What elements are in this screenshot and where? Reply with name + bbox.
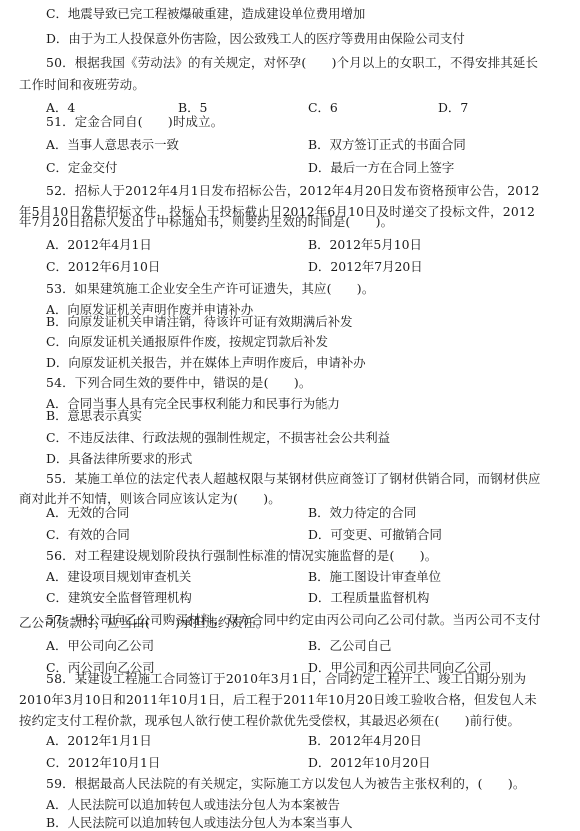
q56-option-a: A．建设项目规划审查机关	[46, 569, 191, 585]
q49-option-c: C．地震导致已完工程被爆破重建，造成建设单位费用增加	[46, 6, 365, 22]
q56-stem: 56．对工程建设规划阶段执行强制性标准的情况实施监督的是( )。	[46, 548, 437, 564]
q58-stem-line-1: 58．某建设工程施工合同签订于2010年3月1日，合同约定工程开工、竣工日期分别…	[46, 671, 526, 687]
exam-page: C．地震导致已完工程被爆破重建，造成建设单位费用增加 D．由于为工人投保意外伤害…	[0, 0, 580, 831]
q54-stem: 54．下列合同生效的要件中，错误的是( )。	[46, 375, 311, 391]
q58-option-d: D．2012年10月20日	[308, 755, 431, 771]
q57-option-b: B．乙公司自己	[308, 638, 391, 654]
q52-option-a: A．2012年4月1日	[46, 237, 152, 253]
q55-stem-line-1: 55．某施工单位的法定代表人超越权限与某钢材供应商签订了钢材供销合同，而钢材供应	[46, 471, 541, 487]
q58-option-b: B．2012年4月20日	[308, 733, 422, 749]
q53-option-c: C．向原发证机关通报原件作废，按规定罚款后补发	[46, 334, 328, 350]
q52-stem-line-1: 52．招标人于2012年4月1日发布招标公告，2012年4月20日发布资格预审公…	[46, 183, 540, 199]
q58-stem-line-2: 2010年3月10日和2011年10月1日，后工程于2011年10月20日竣工验…	[19, 692, 537, 708]
q59-option-a: A．人民法院可以追加转包人或违法分包人为本案被告	[46, 797, 340, 813]
q50-option-d: D．7	[438, 100, 468, 116]
q56-option-b: B．施工图设计审查单位	[308, 569, 441, 585]
q54-option-c: C．不违反法律、行政法规的强制性规定，不损害社会公共利益	[46, 430, 390, 446]
q52-option-d: D．2012年7月20日	[308, 259, 423, 275]
q50-option-c: C．6	[308, 100, 338, 116]
q52-option-b: B．2012年5月10日	[308, 237, 422, 253]
q57-option-a: A．甲公司向乙公司	[46, 638, 154, 654]
q57-stem-line-2: 乙公司货款时，应当由( )承担违约责任。	[19, 615, 268, 631]
q50-stem-line-2: 工作时间和夜班劳动。	[19, 77, 145, 93]
q58-stem-line-3: 按约定支付工程价款，现承包人欲行使工程价款优先受偿权，其最迟必须在( )前行使。	[19, 713, 520, 729]
q54-option-b: B．意思表示真实	[46, 408, 142, 424]
q55-option-c: C．有效的合同	[46, 527, 130, 543]
q55-option-d: D．可变更、可撤销合同	[308, 527, 442, 543]
watermark: kfw	[316, 403, 332, 413]
q51-stem: 51．定金合同自( )时成立。	[46, 114, 223, 130]
q56-option-c: C．建筑安全监督管理机构	[46, 590, 192, 606]
q53-option-b: B．向原发证机关申请注销，待该许可证有效期满后补发	[46, 314, 352, 330]
q53-stem: 53．如果建筑施工企业安全生产许可证遗失，其应( )。	[46, 281, 374, 297]
q51-option-a: A．当事人意思表示一致	[46, 137, 179, 153]
q54-option-d: D．具备法律所要求的形式	[46, 451, 192, 467]
q51-option-d: D．最后一方在合同上签字	[308, 160, 454, 176]
q55-option-a: A．无效的合同	[46, 505, 129, 521]
q52-option-c: C．2012年6月10日	[46, 259, 160, 275]
q50-stem-line-1: 50．根据我国《劳动法》的有关规定，对怀孕( )个月以上的女职工，不得安排其延长	[46, 55, 538, 71]
q52-stem-line-3: 年7月20日招标人发出了中标通知书，则要约生效的时间是( )。	[19, 214, 393, 230]
q51-option-c: C．定金交付	[46, 160, 117, 176]
q59-option-b: B．人民法院可以追加转包人或违法分包人为本案当事人	[46, 815, 352, 831]
q49-option-d: D．由于为工人投保意外伤害险，因公致残工人的医疗等费用由保险公司支付	[46, 31, 465, 47]
q51-option-b: B．双方签订正式的书面合同	[308, 137, 466, 153]
q59-stem: 59．根据最高人民法院的有关规定，实际施工方以发包人为被告主张权利的，( )。	[46, 776, 526, 792]
q55-option-b: B．效力待定的合同	[308, 505, 416, 521]
q53-option-d: D．向原发证机关报告，并在媒体上声明作废后，申请补办	[46, 355, 366, 371]
q56-option-d: D．工程质量监督机构	[308, 590, 429, 606]
q58-option-c: C．2012年10月1日	[46, 755, 160, 771]
q58-option-a: A．2012年1月1日	[46, 733, 152, 749]
